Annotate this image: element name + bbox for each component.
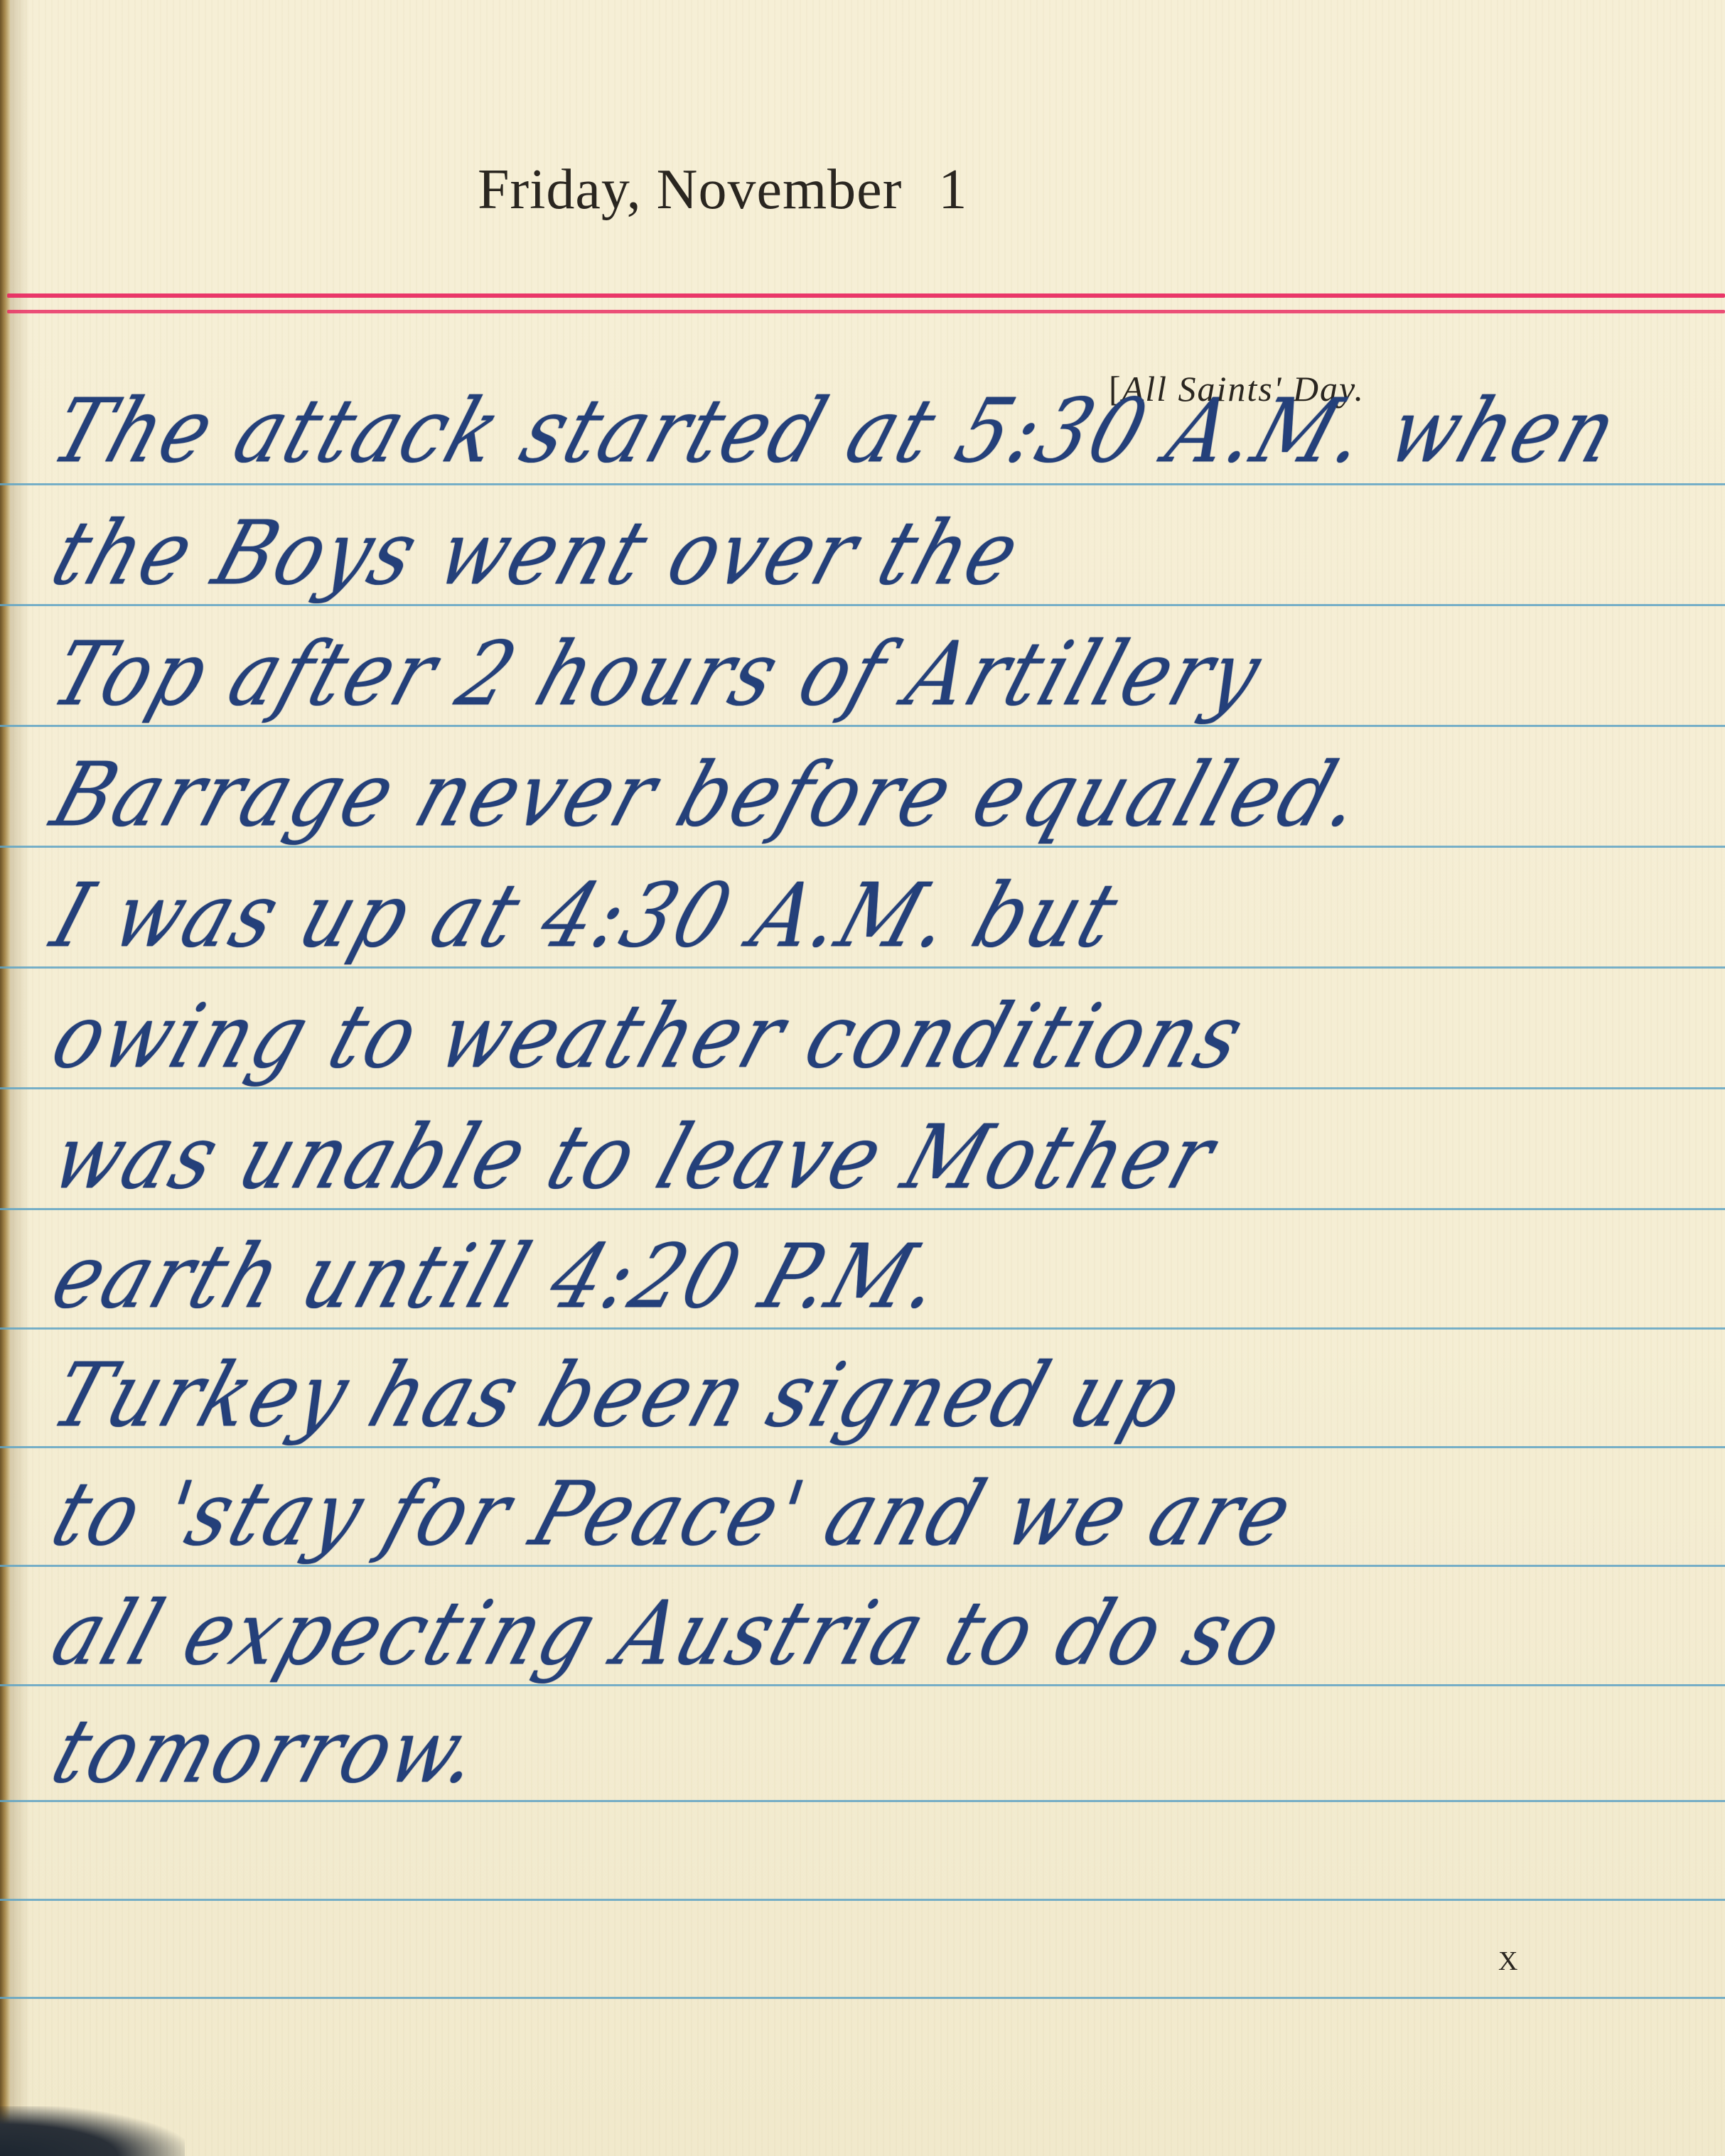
ruled-line: [0, 1899, 1725, 1901]
heading-day-number: 1: [938, 158, 967, 221]
heading-month: November: [657, 158, 903, 221]
entry-line-5: I was up at 4:30 A.M. but: [43, 873, 1130, 961]
entry-line-3: Top after 2 hours of Artillery: [43, 631, 1273, 719]
diary-page: Friday, November 1 [All Saints' Day. The…: [0, 0, 1725, 2156]
gutter-shadow: [10, 0, 30, 2156]
entry-line-4: Barrage never before equalled.: [43, 752, 1375, 840]
book-cover-corner: [0, 2106, 185, 2156]
entry-line-10: to 'stay for Peace' and we are: [43, 1471, 1304, 1559]
page-mark-x: X: [1498, 1946, 1517, 1977]
entry-line-2: the Boys went over the: [43, 510, 1031, 598]
entry-line-7: was unable to leave Mother: [43, 1114, 1226, 1202]
entry-line-1: The attack started at 5:30 A.M. when: [43, 388, 1629, 476]
heading-weekday: Friday,: [478, 158, 642, 221]
entry-line-12: tomorrow.: [43, 1708, 493, 1796]
entry-line-11: all expecting Austria to do so: [43, 1590, 1294, 1678]
header-red-rule-bottom: [7, 310, 1725, 313]
book-binding-edge: [0, 0, 10, 2156]
ruled-line: [0, 1997, 1725, 1999]
entry-line-8: earth untill 4:20 P.M.: [43, 1234, 955, 1322]
page-date-heading: Friday, November 1: [478, 158, 967, 222]
header-red-rule-top: [7, 293, 1725, 298]
entry-line-9: Turkey has been signed up: [43, 1352, 1193, 1440]
entry-line-6: owing to weather conditions: [43, 993, 1255, 1082]
ruled-line: [0, 483, 1725, 485]
